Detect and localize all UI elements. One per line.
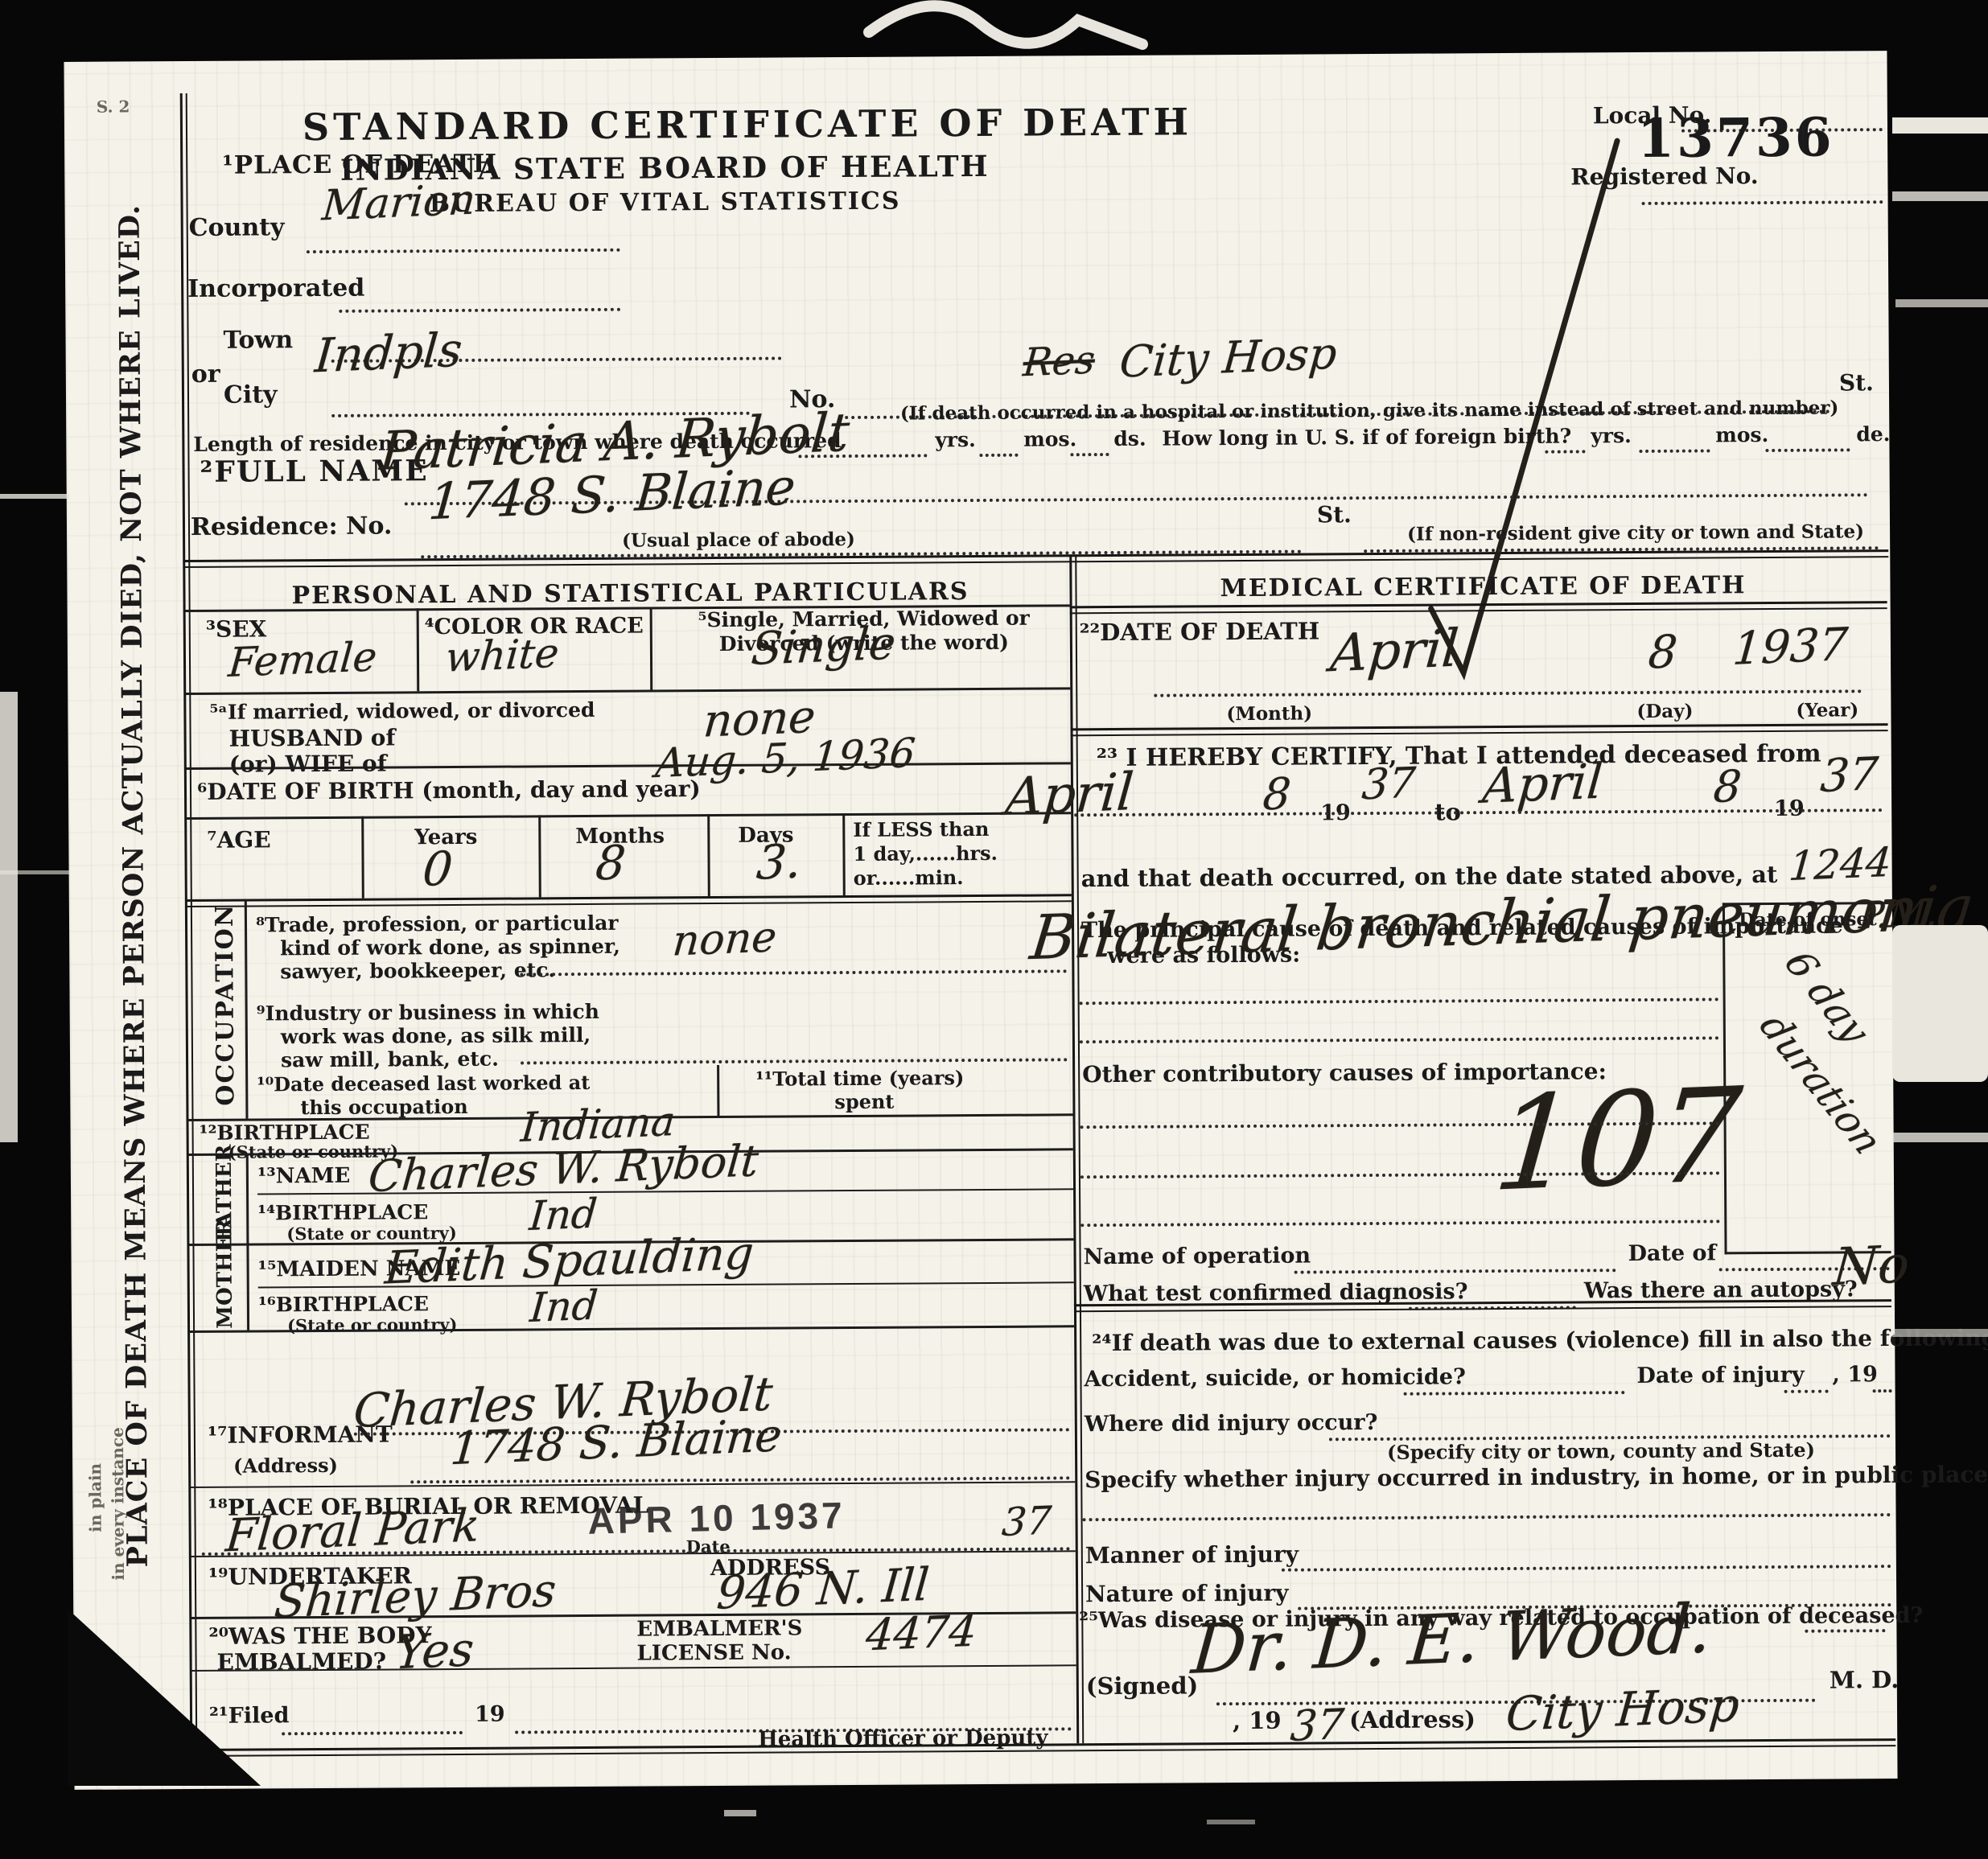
trade-label-1: ⁸Trade, profession, or particular [256,911,619,937]
informant-addr-label: (Address) [233,1454,338,1478]
length-line-5 [1639,446,1710,453]
accident-label: Accident, suicide, or homicide? [1084,1364,1466,1392]
mos2-label: mos. [1715,423,1768,446]
to-month-value: April [1480,754,1604,815]
trade-line [520,966,1067,976]
town-label: Town [223,326,293,355]
embalmed-value: Yes [393,1622,476,1680]
hospital-struck-value: Res [1022,337,1097,385]
torn-corner [68,1609,261,1786]
to-day-value: 8 [1711,760,1743,812]
rowA-divider-2 [650,607,653,689]
residence-st-label: St. [1317,501,1352,528]
industry-label-1: ⁹Industry or business in which [257,1000,599,1026]
to-year-value: 37 [1818,748,1880,803]
dob-value: Aug. 5, 1936 [654,730,917,787]
father-bp-label: ¹⁴BIRTHPLACE [257,1200,428,1224]
foreign-birth-label: How long in U. S. if of foreign birth? [1162,425,1571,450]
right-band-streak-5 [1892,1329,1988,1337]
month-label: (Month) [1226,702,1312,725]
age-less-label-1: If LESS than [853,817,989,841]
operation-date-label: Date of [1628,1240,1716,1266]
industry-label-3: saw mill, bank, etc. [281,1047,499,1072]
trade-label-2: kind of work done, as spinner, [280,935,620,960]
dod-day-value: 8 [1646,626,1679,680]
registered-no-line [1642,197,1883,205]
filed-line-1 [282,1728,463,1735]
length-line-4 [1545,446,1585,453]
nonresident-note: (If non-resident give city or town and S… [1370,520,1901,545]
rowA-bottom-rule [185,687,1070,695]
registered-no-value: 13736 [1637,106,1834,170]
top-scratch-mark [837,0,1175,64]
address-label: (Address) [1349,1705,1476,1734]
related-line [1805,1626,1885,1633]
health-officer-label: Health Officer or Deputy [758,1726,1048,1752]
yrs-label: yrs. [935,428,976,451]
age-years-value: 0 [421,841,455,897]
margin-note-2: in every instance [108,1387,128,1580]
mos-label: mos. [1023,427,1076,450]
signed-19-label: , 19 [1233,1707,1282,1734]
nature-label: Nature of injury [1085,1580,1289,1608]
hospital-value: City Hosp [1117,327,1339,387]
margin-note-1: in plain [84,1372,105,1532]
city-label: City [224,380,278,409]
license-label-1: EMBALMER'S [636,1616,802,1641]
yrs2-label: yrs. [1591,424,1632,447]
operation-label: Name of operation [1083,1244,1311,1270]
bottom-band-mark-1 [724,1810,756,1816]
accident-line [1404,1388,1625,1396]
from-year-value: 37 [1360,759,1418,809]
age-divider-2 [538,815,541,897]
right-band-streak-4 [1892,1133,1988,1142]
signed-year-value: 37 [1289,1701,1346,1751]
cause-line-1 [1080,994,1719,1005]
age-divider-1 [361,816,364,899]
ds-label: ds. [1113,427,1146,450]
dod-year-value: 1937 [1731,619,1850,676]
color-value: white [444,630,561,681]
right-band-streak-2 [1892,191,1988,201]
occupation-strip-divider [245,899,249,1119]
burial-year-value: 37 [1000,1498,1053,1545]
trade-value: none [671,913,779,966]
abode-note: (Usual place of abode) [622,528,855,552]
county-line [307,245,620,253]
trade-label-3: sawyer, bookkeeper, etc. [280,958,555,983]
parents-strip-divider [246,1154,249,1331]
injury-19-label: , 19 [1832,1362,1878,1387]
mother-side-label: MOTHER [212,1245,237,1329]
dod-label: ²²DATE OF DEATH [1080,617,1320,646]
incorporated-line [339,305,620,313]
certificate-paper: PLACE OF DEATH MEANS WHERE PERSON ACTUAL… [64,51,1897,1790]
or-label: or [191,360,220,389]
scanned-death-certificate: PLACE OF DEATH MEANS WHERE PERSON ACTUAL… [0,0,1988,1859]
length-line-2 [979,450,1018,457]
undertaker-value: Shirley Bros [273,1565,558,1629]
incorporated-label: Incorporated [187,274,364,303]
dod-month-value: April [1328,619,1461,684]
industry-line [521,1055,1068,1064]
hospital-st-label: St. [1839,369,1874,396]
onset-box-label: Date of onset [1739,908,1877,931]
mother-bp-label: ¹⁶BIRTHPLACE [258,1292,429,1316]
certificate-title: STANDARD CERTIFICATE OF DEATH [303,101,1027,149]
age-divider-4 [842,813,846,895]
injury-date-line [1784,1387,1829,1393]
contributory-value: 107 [1488,1059,1746,1220]
worked-divider [717,1065,719,1116]
injury-19-line [1873,1386,1892,1392]
hospital-note: (If death occurred in a hospital or inst… [854,397,1884,425]
length-line-6 [1765,445,1850,452]
bottom-band-mark-2 [1207,1820,1255,1824]
father-name-label: ¹³NAME [257,1164,350,1189]
industry-label-2: work was done, as silk mill, [281,1023,591,1048]
last-worked-label-2: this occupation [300,1095,467,1119]
mother-bp-sub: (State or country) [287,1314,458,1335]
where-note: (Specify city or town, county and State) [1327,1437,1875,1464]
age-days-value: 3. [755,833,804,890]
total-time-label-1: ¹¹Total time (years) [755,1066,964,1091]
from-month-value: April [1003,763,1136,828]
city-value: Indpls [313,323,464,384]
right-band-streak-3 [1895,299,1988,307]
specify-label: Specify whether injury occurred in indus… [1085,1461,1988,1493]
sex-value: Female [227,633,379,686]
spouse-label-1: ⁵ᵃIf married, widowed, or divorced [209,698,595,724]
marital-value: Single [749,617,897,676]
ds2-label: de. [1856,422,1890,446]
md-label: M. D. [1830,1666,1900,1694]
age-less-label-2: 1 day,......hrs. [853,841,998,866]
age-less-label-3: or......min. [854,866,964,890]
total-time-label-2: spent [834,1090,894,1113]
license-label-2: LICENSE No. [636,1640,791,1665]
manner-label: Manner of injury [1085,1541,1299,1569]
side-caption: PLACE OF DEATH MEANS WHERE PERSON ACTUAL… [113,312,154,1567]
left-band-strip [0,692,18,1142]
external-label: ²⁴If death was due to external causes (v… [1092,1324,1988,1356]
signed-label: (Signed) [1086,1672,1199,1700]
address-value: City Hosp [1504,1677,1741,1742]
county-value: Marion [320,175,477,230]
injury-date-label: Date of injury [1636,1363,1804,1388]
right-band-blob [1892,925,1988,1082]
license-value: 4474 [864,1606,978,1661]
occupation-side-label: OCCUPATION [211,901,241,1108]
left-band-scratch-1 [0,494,69,499]
mother-bp-value: Ind [529,1281,600,1331]
filed-year-label: 19 [475,1702,505,1727]
cause-line-5 [1080,1216,1720,1227]
county-label: County [189,213,285,242]
dod-bottom-rule [1071,723,1888,736]
form-left-border [180,93,198,1758]
certify-label: ²³ I HEREBY CERTIFY, That I attended dec… [1097,740,1821,773]
year-label: (Year) [1796,699,1858,721]
left-band-scratch-2 [0,870,69,874]
autopsy-value: No [1831,1235,1912,1298]
age-bottom-rule [187,894,1072,907]
residence-label: Residence: No. [191,512,393,541]
spouse-label-2: HUSBAND of [229,724,396,751]
father-bp-value: Ind [528,1190,599,1240]
day-label: (Day) [1636,701,1693,722]
specify-line [1083,1510,1891,1521]
spouse-label-3: (or) WIFE of [229,751,387,778]
rowA-divider-1 [417,608,420,691]
length-line-3 [1070,450,1109,456]
dob-label: ⁶DATE OF BIRTH (month, day and year) [197,775,701,805]
cause-line-2 [1080,1033,1719,1043]
last-worked-label-1: ¹⁰Date deceased last worked at [257,1071,590,1096]
age-divider-3 [707,814,710,896]
burial-date-stamp: APR 10 1937 [587,1493,846,1543]
age-label: ⁷AGE [207,826,270,853]
manner-line [1282,1561,1891,1572]
age-months-value: 8 [594,835,628,891]
right-band-streak-1 [1892,117,1988,134]
certify-line [1074,805,1883,816]
corner-mark: S. 2 [97,97,130,116]
medical-section-title: MEDICAL CERTIFICATE OF DEATH [1153,571,1813,603]
where-label: Where did injury occur? [1085,1410,1378,1437]
operation-line [1294,1265,1616,1273]
